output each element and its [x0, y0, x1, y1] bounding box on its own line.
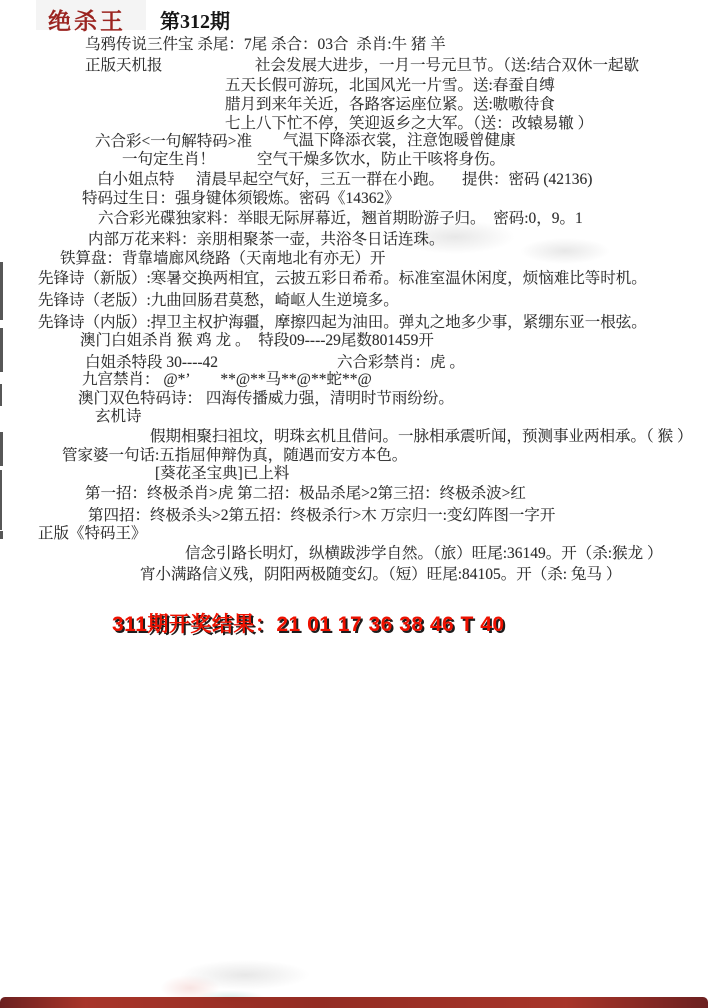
line-yijujie-1: 气温下降添衣裳，注意饱暖曾健康 — [283, 131, 516, 150]
label-yijuding: 一句定生肖！ — [122, 150, 215, 169]
line-wanhua-lailiao: 内部万花来料：亲朋相聚茶一壶，共浴冬日话连珠。 — [88, 230, 445, 249]
scan-edge-mark — [0, 531, 3, 539]
scan-edge-mark — [0, 262, 3, 320]
scan-edge-mark — [0, 384, 2, 406]
line-tianjibao-2: 五天长假可游玩，北国风光一片雪。送:春蚕自缚 — [225, 76, 555, 95]
label-temawang: 正版《特码王》 — [38, 524, 147, 543]
line-aomen-shaxiao: 澳门白姐杀肖 猴 鸡 龙 。 特段09----29尾数801459开 — [80, 331, 434, 350]
scan-smudge — [520, 238, 610, 264]
line-kuihua-zhao-1: 第一招：终极杀肖>虎 第二招：极品杀尾>2第三招：终极杀波>红 — [85, 484, 526, 503]
page-title: 绝杀王 — [48, 3, 126, 36]
label-yijujie-tema: 六合彩<一句解特码>准 — [95, 132, 252, 151]
scan-edge-mark — [0, 470, 2, 530]
scan-smudge — [180, 960, 310, 990]
line-jiugong-jinxiao: 九宫禁肖： @*’ **@**马**@**蛇**@ — [82, 370, 372, 389]
line-tema-shengri: 特码过生日：强身键体须锻炼。密码《14362》 — [82, 189, 400, 208]
line-temawang-1: 信念引路长明灯，纵横跋涉学自然。（旅）旺尾:36149。开（杀:猴龙 ） — [185, 544, 663, 563]
label-baixiaojie: 白小姐点特 — [97, 170, 175, 189]
line-tianjibao-1: 社会发展大进步，一月一号元旦节。（送:结合双休一起歇 — [255, 56, 639, 75]
scan-edge-mark — [0, 328, 3, 372]
bottom-red-bar — [0, 997, 708, 1008]
line-guanjiapo: 管家婆一句话:五指屈伸辩伪真，随遇而安方本色。 — [62, 446, 407, 465]
line-tianjibao-3: 腊月到来年关近，各路客运座位紧。送:嗷嗷待食 — [225, 95, 555, 114]
line-guangdie-liao: 六合彩光碟独家料：举眼无际屏幕近，翘首期盼游子归。 密码:0，9。1 — [98, 209, 583, 228]
line-xianfengshi-old: 先锋诗（老版）:九曲回肠君莫愁，崎岖人生逆境多。 — [38, 291, 399, 310]
line-baixiaojie-1: 清晨早起空气好，三五一群在小跑。 — [196, 170, 444, 189]
label-tianjibao: 正版天机报 — [85, 56, 163, 75]
line-xianfengshi-new: 先锋诗（新版）:寒暑交换两相宜，云披五彩日希希。标准室温休闲度，烦恼难比等时机。 — [38, 269, 647, 288]
scan-edge-mark — [0, 432, 3, 466]
line-wuya-sanjianbao: 乌鸦传说三件宝 杀尾：7尾 杀合：03合 杀肖:牛 猪 羊 — [85, 35, 446, 54]
lottery-tipsheet-page: 绝杀王 第312期 乌鸦传说三件宝 杀尾：7尾 杀合：03合 杀肖:牛 猪 羊 … — [0, 0, 708, 1008]
line-temawang-2: 宵小满路信义残，阴阳两极随变幻。（短）旺尾:84105。开（杀: 兔马 ） — [140, 565, 621, 584]
line-xianfengshi-inner: 先锋诗（内版）:捍卫主权护海疆，摩擦四起为油田。弹丸之地多少事，紧绷东亚一根弦。 — [38, 313, 647, 332]
issue-number: 第312期 — [160, 5, 230, 34]
line-shuangse-temashi: 澳门双色特码诗： 四海传播威力强，清明时节雨纷纷。 — [78, 389, 454, 408]
line-tiesuanpan: 铁算盘：背靠墙廊风绕路（天南地北有亦无）开 — [60, 249, 386, 268]
line-yijuding-1: 空气干燥多饮水，防止干咳将身伤。 — [257, 150, 505, 169]
previous-draw-result: 311期开奖结果：21 01 17 36 38 46 T 40 — [112, 608, 505, 638]
line-xuanjishi-1: 假期相聚扫祖坟，明珠玄机且借问。一脉相承震听闻，预测事业两相承。（ 猴 ） — [150, 427, 693, 446]
line-kuihua-zhao-2: 第四招：终极杀头>2第五招：终极杀行>木 万宗归一:变幻阵图一字开 — [88, 506, 555, 525]
title-kuihua-baodian: [葵花圣宝典]已上料 — [155, 464, 289, 483]
line-baixiaojie-mima: 提供：密码 (42136) — [462, 170, 592, 189]
label-xuanjishi: 玄机诗 — [95, 407, 142, 426]
